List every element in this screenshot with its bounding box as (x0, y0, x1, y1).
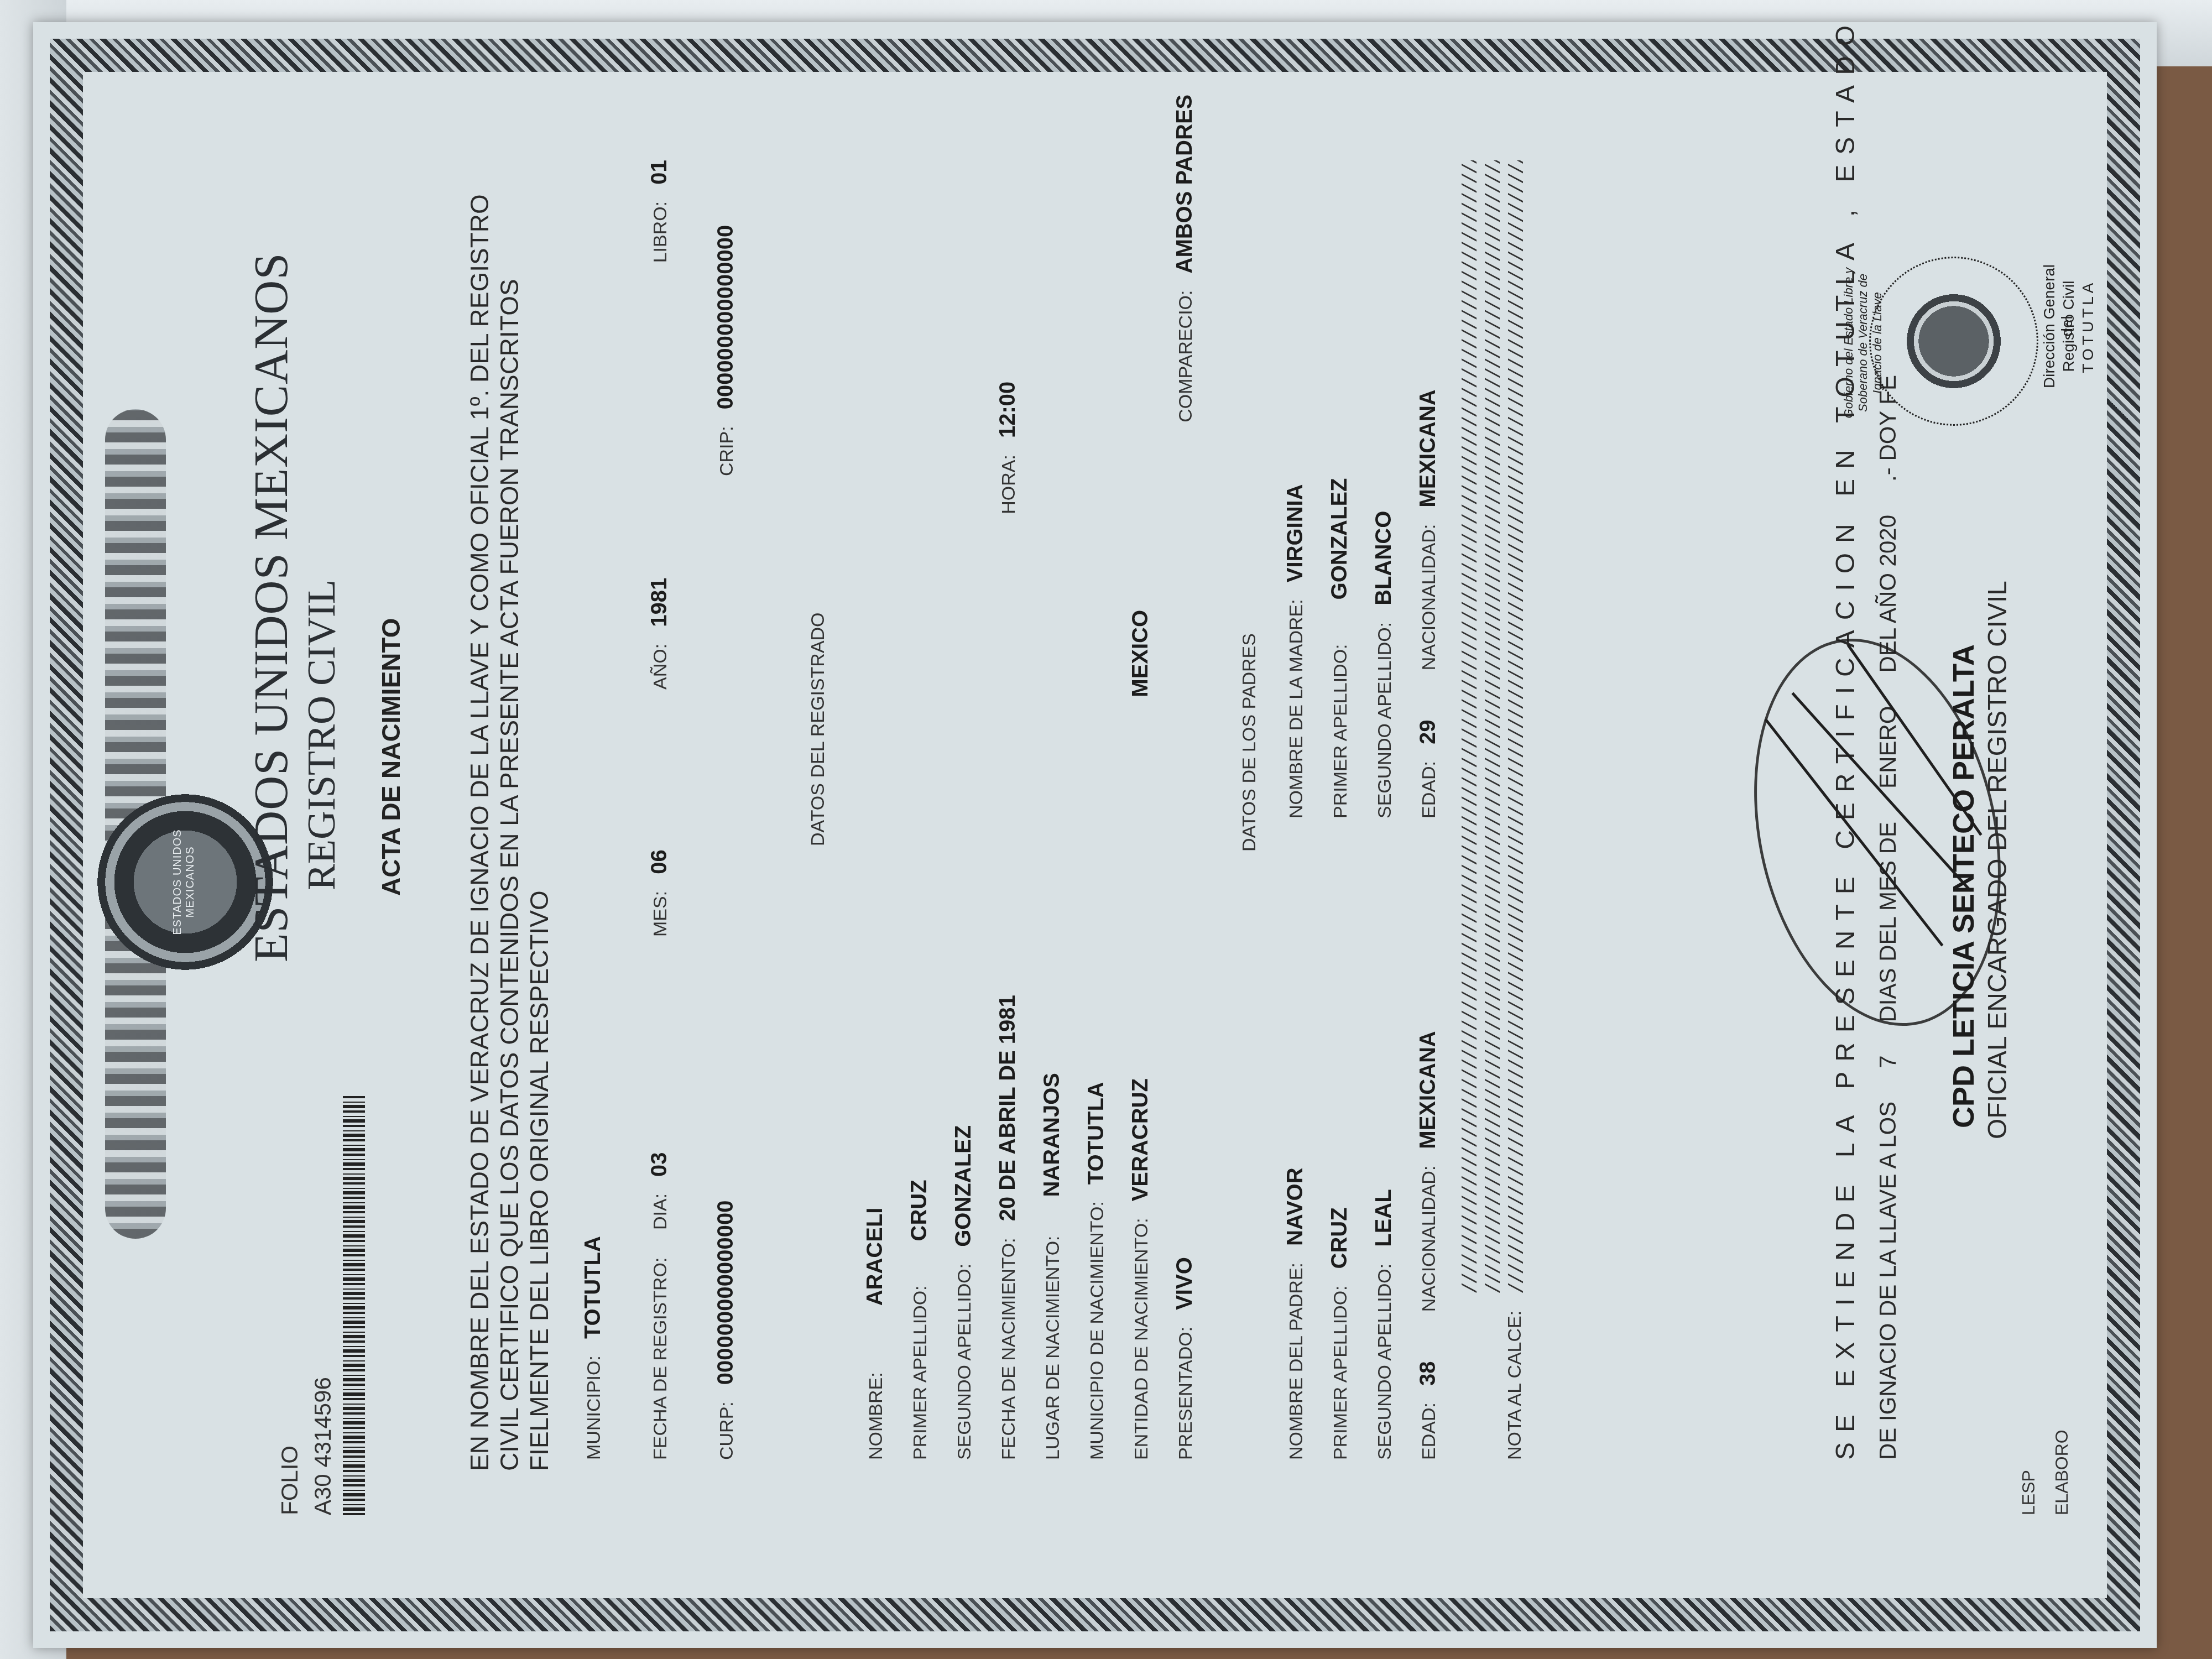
padre-nombre-field: NOMBRE DEL PADRE:NAVOR (1283, 1167, 1308, 1460)
document-content: ESTADOS UNIDOS MEXICANOS ESTADOS UNIDOS … (88, 88, 2101, 1582)
madre-segundo-apellido-field: SEGUNDO APELLIDO:BLANCO (1371, 511, 1396, 818)
curp-field: CURP:000000000000000 CRIP:00000000000000… (713, 225, 738, 1460)
padre-edad-field: EDAD:38 NACIONALIDAD:MEXICANA (1416, 1031, 1441, 1460)
intro-line: FIELMENTE DEL LIBRO ORIGINAL RESPECTIVO (524, 144, 554, 1471)
initials: LESP (2018, 1470, 2039, 1515)
pais-value: MEXICO (1128, 610, 1152, 697)
fecha-registro-field: FECHA DE REGISTRO: DIA:03 MES:06 AÑO:198… (647, 0, 672, 1460)
madre-nombre-field: NOMBRE DE LA MADRE:VIRGINIA (1283, 484, 1308, 818)
presentado-field: PRESENTADO:VIVO COMPARECIO:AMBOS PADRES (1172, 95, 1197, 1460)
folio-label: FOLIO (276, 1446, 303, 1515)
barcode-icon (343, 1095, 365, 1515)
padre-primer-apellido-field: PRIMER APELLIDO:CRUZ (1327, 1207, 1352, 1460)
document-title: ACTA DE NACIMIENTO (376, 618, 406, 896)
officer-name: CPD LETICIA SENTECO PERALTA (1947, 644, 1981, 1128)
lugar-nacimiento-field: LUGAR DE NACIMIENTO:NARANJOS (1040, 1073, 1065, 1460)
header-emblem: ESTADOS UNIDOS MEXICANOS (88, 88, 232, 1582)
intro-line: EN NOMBRE DEL ESTADO DE VERACRUZ DE IGNA… (465, 144, 494, 1471)
intro-paragraph: EN NOMBRE DEL ESTADO DE VERACRUZ DE IGNA… (465, 144, 554, 1471)
section-padres: DATOS DE LOS PADRES (1239, 633, 1260, 852)
stamp-caption: TOTUTLA (2079, 254, 2097, 398)
birth-certificate-page: ESTADOS UNIDOS MEXICANOS ESTADOS UNIDOS … (33, 22, 2157, 1648)
country-title: ESTADOS UNIDOS MEXICANOS (243, 253, 299, 962)
nota-calce-label: NOTA AL CALCE: (1504, 1311, 1526, 1460)
fecha-nacimiento-field: FECHA DE NACIMIENTO:20 DE ABRIL DE 1981 … (995, 0, 1020, 1460)
padre-segundo-apellido-field: SEGUNDO APELLIDO:LEAL (1371, 1189, 1396, 1460)
nombre-field: NOMBRE:ARACELI (863, 1208, 888, 1460)
primer-apellido-field: PRIMER APELLIDO:CRUZ (907, 1180, 932, 1460)
elaboro-label: ELABORO (2052, 1430, 2072, 1515)
section-registrado: DATOS DEL REGISTRADO (807, 612, 829, 846)
municipio-field: MUNICIPIO:TOTUTLA (581, 1236, 606, 1460)
entidad-nacimiento-field: ENTIDAD DE NACIMIENTO:VERACRUZ MEXICO (1128, 610, 1153, 1460)
nota-calce-fill: ////////////////////////////////////////… (1460, 160, 1530, 1294)
intro-line: CIVIL CERTIFICO QUE LOS DATOS CONTENIDOS… (494, 144, 524, 1471)
seal-text: ESTADOS UNIDOS MEXICANOS (171, 824, 197, 940)
segundo-apellido-field: SEGUNDO APELLIDO:GONZALEZ (951, 1125, 976, 1460)
agency-title: REGISTRO CIVIL (299, 580, 345, 890)
madre-edad-field: EDAD:29 NACIONALIDAD:MEXICANA (1416, 389, 1441, 818)
stamp-caption: Registro Civil (2060, 254, 2078, 398)
official-stamp-icon (1869, 257, 2038, 426)
officer-title: OFICIAL ENCARGADO DEL REGISTRO CIVIL (1983, 581, 2013, 1139)
municipio-nacimiento-field: MUNICIPIO DE NACIMIENTO:TOTUTLA (1084, 1082, 1109, 1460)
madre-primer-apellido-field: PRIMER APELLIDO:GONZALEZ (1327, 478, 1352, 818)
folio-number: A30 4314596 (310, 1377, 336, 1515)
